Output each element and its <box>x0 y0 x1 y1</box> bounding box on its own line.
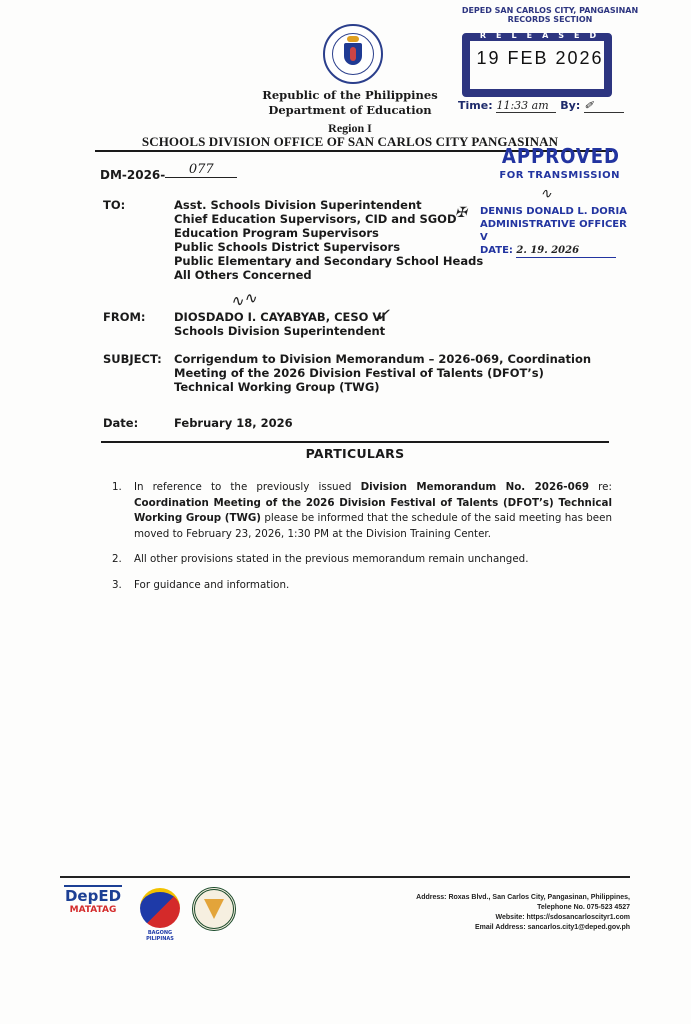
deped-seal-logo <box>323 24 383 84</box>
subject-line: Meeting of the 2026 Division Festival of… <box>174 366 594 380</box>
list-item: 3. For guidance and information. <box>112 578 612 594</box>
check-mark: ✓ <box>375 305 390 326</box>
subject-line: Corrigendum to Division Memorandum – 202… <box>174 352 594 366</box>
email: Email Address: sancarlos.city1@deped.gov… <box>360 923 630 933</box>
to-label: TO: <box>103 198 125 212</box>
date-label: Date: <box>103 416 138 430</box>
footer-divider <box>60 876 630 878</box>
item-number: 3. <box>112 578 134 594</box>
deped-matatag-logo: DepED MATATAG <box>64 885 122 915</box>
memo-number: DM-2026-077 <box>100 168 237 184</box>
released-word: RELEASED <box>478 31 608 40</box>
division-office-seal <box>192 887 236 931</box>
particulars-heading: PARTICULARS <box>100 446 610 461</box>
stamp-office: DEPED SAN CARLOS CITY, PANGASINAN <box>460 6 640 15</box>
released-time-row: Time: 11:33 am By: ✐ <box>458 99 624 113</box>
memo-number-label: DM-2026- <box>100 168 165 182</box>
subject-label: SUBJECT: <box>103 352 162 366</box>
list-item: 1. In reference to the previously issued… <box>112 480 612 542</box>
by-signature: ✐ <box>584 99 624 113</box>
letterhead: Republic of the Philippines Department o… <box>230 88 470 118</box>
particulars-list: 1. In reference to the previously issued… <box>112 480 612 604</box>
from-label: FROM: <box>103 310 146 324</box>
approved-stamp-title: APPROVED <box>480 144 620 168</box>
subject-text: Corrigendum to Division Memorandum – 202… <box>174 352 594 394</box>
item-text: In reference to the previously issued Di… <box>134 480 612 542</box>
recipient: Asst. Schools Division Superintendent <box>174 198 594 212</box>
republic-text: Republic of the Philippines <box>230 88 470 103</box>
recipient: All Others Concerned <box>174 268 594 282</box>
particulars-divider <box>101 441 609 443</box>
memo-date: February 18, 2026 <box>174 416 594 430</box>
list-item: 2. All other provisions stated in the pr… <box>112 552 612 568</box>
telephone: Telephone No. 075-523 4527 <box>360 903 630 913</box>
recipient: Chief Education Supervisors, CID and SGO… <box>174 212 594 226</box>
item-text: All other provisions stated in the previ… <box>134 552 528 568</box>
recipient: Public Schools District Supervisors <box>174 240 594 254</box>
bagong-pilipinas-logo: BAGONG PILIPINAS <box>136 888 184 932</box>
to-recipients: Asst. Schools Division Superintendent Ch… <box>174 198 594 282</box>
item-number: 2. <box>112 552 134 568</box>
time-label: Time: <box>458 99 493 112</box>
released-stamp-title: DEPED SAN CARLOS CITY, PANGASINAN RECORD… <box>460 6 640 24</box>
recipient: Public Elementary and Secondary School H… <box>174 254 594 268</box>
time-value: 11:33 am <box>496 99 556 113</box>
by-label: By: <box>560 99 580 112</box>
logo-tagline: MATATAG <box>64 905 122 915</box>
memo-number-value: 077 <box>165 162 237 178</box>
website: Website: https://sdosancarloscityr1.com <box>360 913 630 923</box>
address: Address: Roxas Blvd., San Carlos City, P… <box>360 893 630 903</box>
department-text: Department of Education <box>230 103 470 118</box>
stamp-section: RECORDS SECTION <box>460 15 640 24</box>
bagong-pilipinas-text: BAGONG PILIPINAS <box>136 930 184 942</box>
sender-signature: ∿∿ <box>228 287 258 311</box>
logo-part2: ED <box>98 887 121 905</box>
subject-line: Technical Working Group (TWG) <box>174 380 594 394</box>
logo-part1: Dep <box>65 887 98 905</box>
approved-stamp-subtitle: FOR TRANSMISSION <box>480 170 620 181</box>
item-text: For guidance and information. <box>134 578 289 594</box>
contact-info: Address: Roxas Blvd., San Carlos City, P… <box>360 893 630 933</box>
released-date: 19 FEB 2026 <box>475 48 605 69</box>
sender-title: Schools Division Superintendent <box>174 324 594 338</box>
recipient: Education Program Supervisors <box>174 226 594 240</box>
item-number: 1. <box>112 480 134 542</box>
